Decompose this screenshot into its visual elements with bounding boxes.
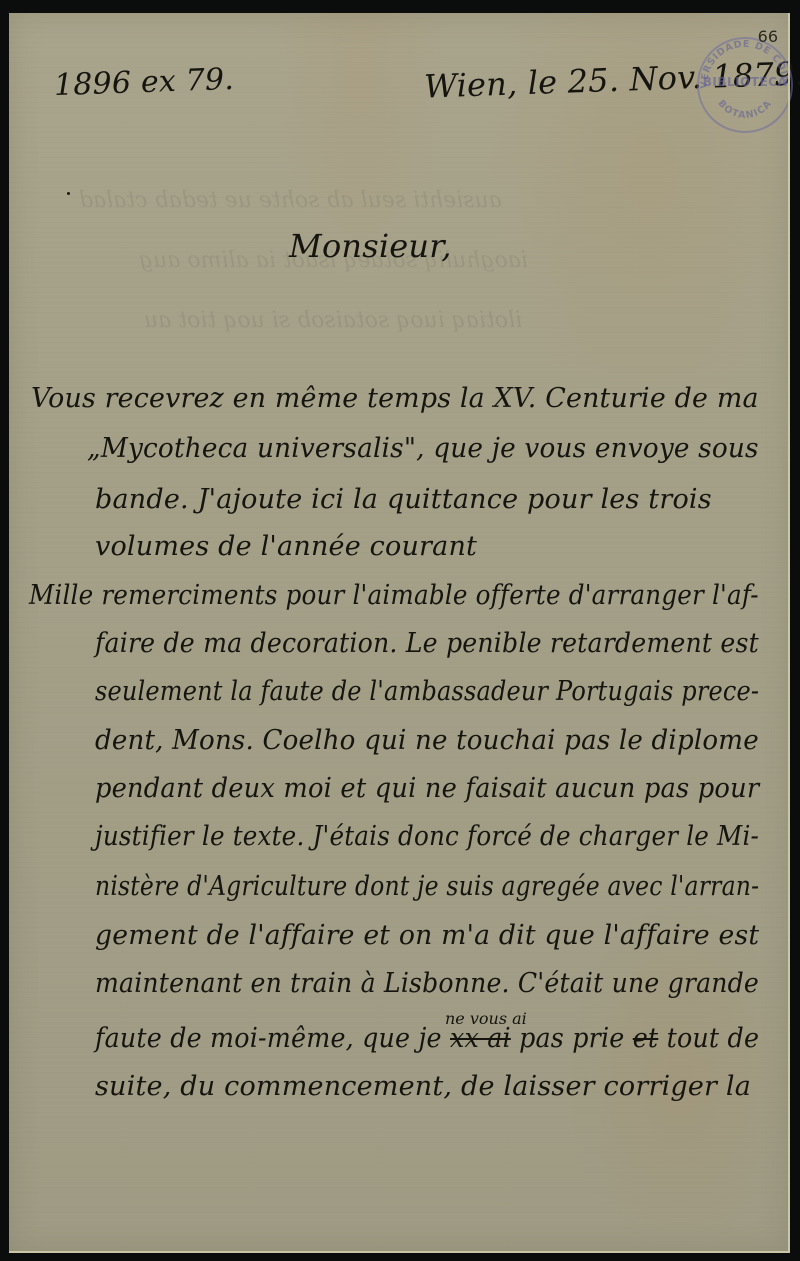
struck-out-text-2: et — [633, 1023, 659, 1054]
letter-line-14: faute de moi-même, que je xx ai pas prie… — [95, 1023, 759, 1054]
letter-line-12: gement de l'affaire et on m'a dit que l'… — [95, 920, 759, 951]
letter-line-8: dent, Mons. Coelho qui ne touchai pas le… — [95, 725, 759, 756]
line-14-end: tout de — [667, 1023, 760, 1054]
letter-line-3: bande. J'ajoute ici la quittance pour le… — [95, 484, 712, 515]
letter-line-7: seulement la faute de l'ambassadeur Port… — [95, 676, 759, 707]
stamp-center-text: BIBLIOTECA — [702, 75, 788, 89]
line-14-middle: pas prie — [519, 1023, 624, 1054]
struck-out-text: xx ai — [450, 1023, 511, 1054]
letter-line-13: maintenant en train à Lisbonne. C'était … — [95, 968, 759, 999]
letter-page: ausiehti seul ab sohte ue tedab ctalad i… — [9, 13, 790, 1253]
letter-line-10: justifier le texte. J'étais donc forcé d… — [95, 821, 759, 852]
salutation: Monsieur, — [289, 227, 452, 265]
scan-background: ausiehti seul ab sohte ue tedab ctalad i… — [0, 0, 800, 1261]
folio-number: 66 — [758, 27, 778, 46]
letter-line-11: nistère d'Agriculture dont je suis agreg… — [95, 871, 759, 902]
letter-line-5: Mille remerciments pour l'aimable offert… — [29, 580, 759, 611]
svg-text:BOTANICA: BOTANICA — [716, 98, 775, 121]
reference-note: 1896 ex 79. — [53, 62, 234, 103]
letter-line-2: „Mycotheca universalis", que je vous env… — [87, 433, 759, 464]
bleed-through-text: ilotiaq iuoq sotaisob si uoq tiot au — [144, 308, 522, 333]
line-14-start: faute de moi-même, que je — [95, 1023, 442, 1054]
ink-spot — [67, 192, 70, 195]
letter-line-4: volumes de l'année courant — [95, 531, 477, 562]
library-stamp: UNIVERSIDADE DE COIMBRA BOTANICA BIBLIOT… — [697, 37, 793, 133]
bleed-through-text: ausiehti seul ab sohte ue tedab ctalad — [79, 188, 502, 213]
letter-line-9: pendant deux moi et qui ne faisait aucun… — [95, 773, 759, 804]
letter-line-1: Vous recevrez en même temps la XV. Centu… — [31, 383, 759, 414]
letter-line-15: suite, du commencement, de laisser corri… — [95, 1071, 751, 1102]
letter-line-6: faire de ma decoration. Le penible retar… — [95, 628, 759, 659]
